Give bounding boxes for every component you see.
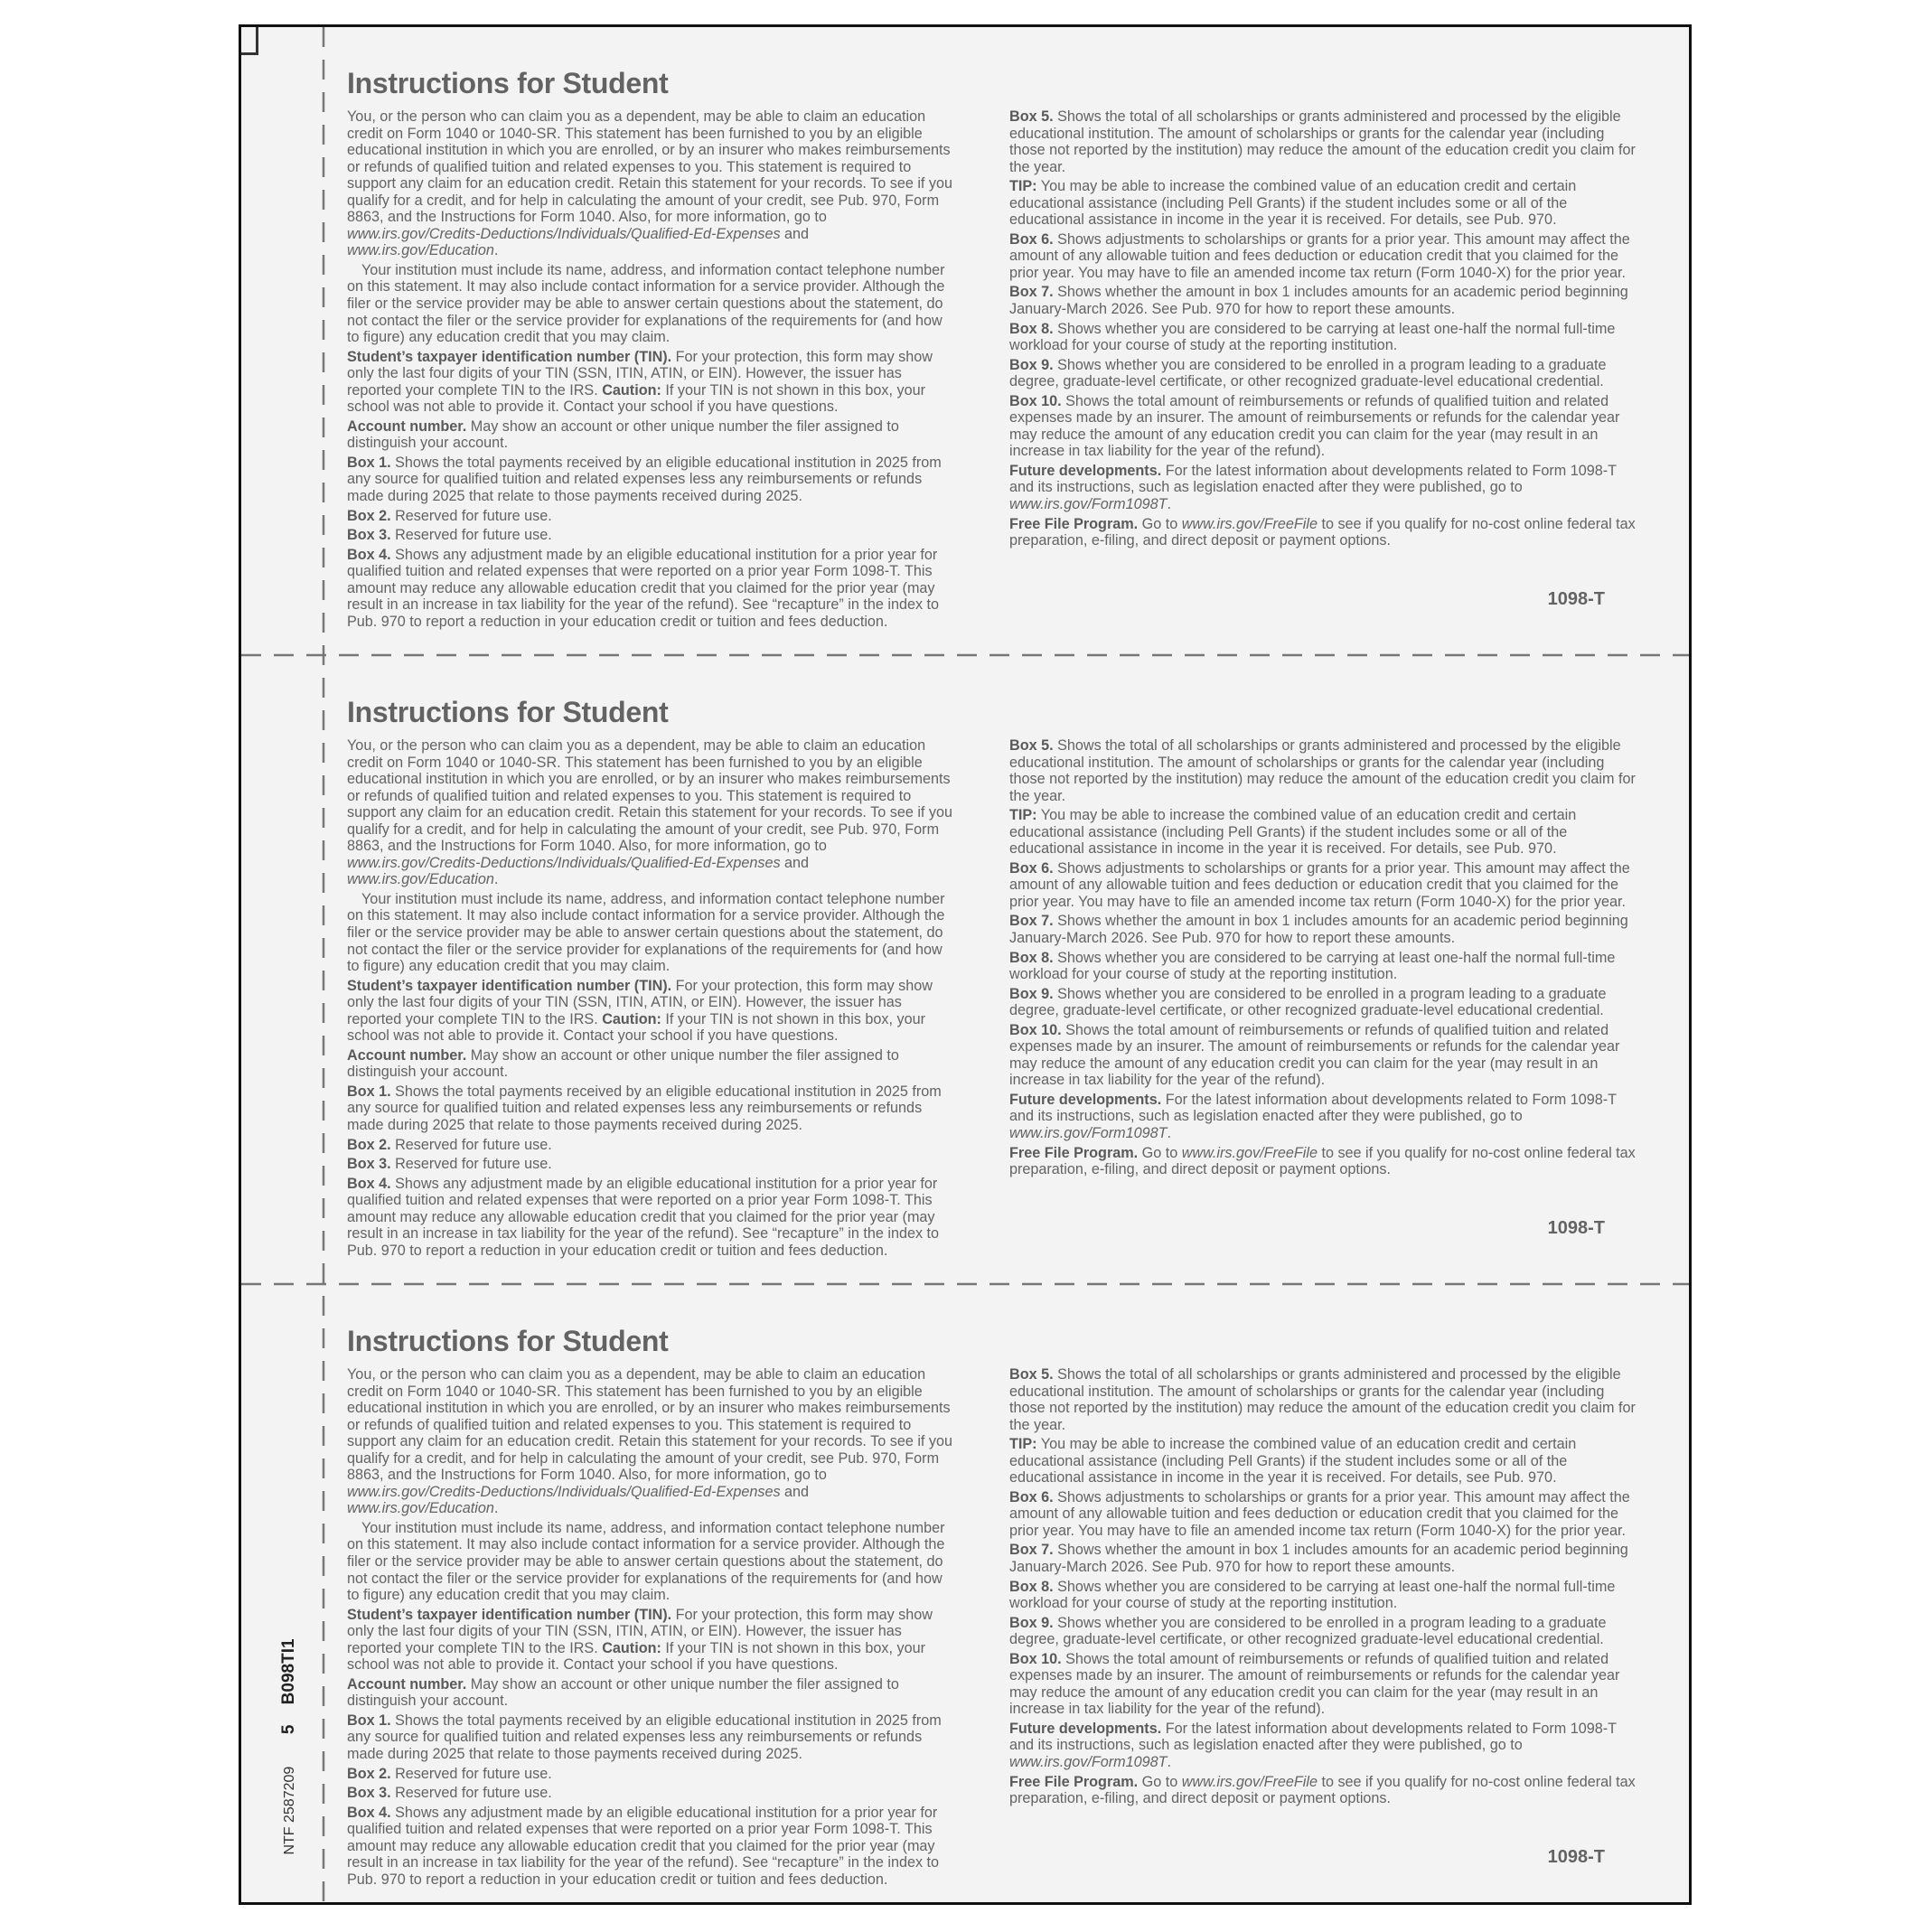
left-column: You, or the person who can claim you as … [347,737,957,1261]
panel-heading: Instructions for Student [347,696,668,729]
box10-paragraph: Box 10. Shows the total amount of reimbu… [1009,393,1642,460]
right-column: Box 5. Shows the total of all scholarshi… [1009,108,1642,552]
right-column: Box 5. Shows the total of all scholarshi… [1009,737,1642,1181]
institution-paragraph: Your institution must include its name, … [347,891,957,975]
intro-paragraph: You, or the person who can claim you as … [347,737,957,888]
instruction-panel-3: Instructions for Student You, or the per… [241,1285,1689,1912]
future-developments-paragraph: Future developments. For the latest info… [1009,1721,1642,1771]
form1098t-link[interactable]: www.irs.gov/Form1098T [1009,1754,1168,1770]
box4-paragraph: Box 4. Shows any adjustment made by an e… [347,547,957,631]
box9-paragraph: Box 9. Shows whether you are considered … [1009,357,1642,390]
tip-paragraph: TIP: You may be able to increase the com… [1009,807,1642,858]
free-file-paragraph: Free File Program. Go to www.irs.gov/Fre… [1009,1145,1642,1178]
tin-paragraph: Student’s taxpayer identification number… [347,1607,957,1674]
box1-paragraph: Box 1. Shows the total payments received… [347,1083,957,1134]
future-developments-paragraph: Future developments. For the latest info… [1009,1092,1642,1142]
panel-heading: Instructions for Student [347,67,668,100]
box2-paragraph: Box 2. Reserved for future use. [347,1766,957,1783]
box8-paragraph: Box 8. Shows whether you are considered … [1009,321,1642,354]
box3-paragraph: Box 3. Reserved for future use. [347,1785,957,1802]
right-column: Box 5. Shows the total of all scholarshi… [1009,1366,1642,1810]
box10-paragraph: Box 10. Shows the total amount of reimbu… [1009,1022,1642,1089]
free-file-paragraph: Free File Program. Go to www.irs.gov/Fre… [1009,1774,1642,1807]
qualified-ed-expenses-link[interactable]: www.irs.gov/Credits-Deductions/Individua… [347,855,781,871]
box1-paragraph: Box 1. Shows the total payments received… [347,455,957,505]
box9-paragraph: Box 9. Shows whether you are considered … [1009,1615,1642,1648]
freefile-link[interactable]: www.irs.gov/FreeFile [1182,1145,1318,1161]
tip-paragraph: TIP: You may be able to increase the com… [1009,178,1642,229]
copy-number: 5 [279,1724,298,1734]
intro-paragraph: You, or the person who can claim you as … [347,108,957,259]
education-link[interactable]: www.irs.gov/Education [347,1500,494,1516]
box8-paragraph: Box 8. Shows whether you are considered … [1009,1579,1642,1612]
box7-paragraph: Box 7. Shows whether the amount in box 1… [1009,1542,1642,1575]
form-sheet: Instructions for Student You, or the per… [239,24,1692,1905]
box9-paragraph: Box 9. Shows whether you are considered … [1009,986,1642,1019]
box7-paragraph: Box 7. Shows whether the amount in box 1… [1009,913,1642,946]
freefile-link[interactable]: www.irs.gov/FreeFile [1182,516,1318,532]
ntf-code: NTF 2587209 [282,1766,297,1854]
box6-paragraph: Box 6. Shows adjustments to scholarships… [1009,1489,1642,1540]
box3-paragraph: Box 3. Reserved for future use. [347,527,957,544]
education-link[interactable]: www.irs.gov/Education [347,242,494,258]
box5-paragraph: Box 5. Shows the total of all scholarshi… [1009,737,1642,804]
education-link[interactable]: www.irs.gov/Education [347,871,494,887]
intro-paragraph: You, or the person who can claim you as … [347,1366,957,1517]
future-developments-paragraph: Future developments. For the latest info… [1009,463,1642,513]
tin-paragraph: Student’s taxpayer identification number… [347,349,957,416]
box4-paragraph: Box 4. Shows any adjustment made by an e… [347,1176,957,1260]
left-column: You, or the person who can claim you as … [347,1366,957,1890]
form-number: 1098-T [1548,1218,1605,1239]
institution-paragraph: Your institution must include its name, … [347,262,957,346]
box5-paragraph: Box 5. Shows the total of all scholarshi… [1009,1366,1642,1433]
form-code: B098TI1 [279,1638,298,1704]
free-file-paragraph: Free File Program. Go to www.irs.gov/Fre… [1009,516,1642,549]
form1098t-link[interactable]: www.irs.gov/Form1098T [1009,496,1168,512]
box2-paragraph: Box 2. Reserved for future use. [347,1137,957,1154]
institution-paragraph: Your institution must include its name, … [347,1520,957,1604]
box6-paragraph: Box 6. Shows adjustments to scholarships… [1009,231,1642,282]
account-paragraph: Account number. May show an account or o… [347,418,957,452]
tin-paragraph: Student’s taxpayer identification number… [347,978,957,1045]
box8-paragraph: Box 8. Shows whether you are considered … [1009,950,1642,983]
panel-heading: Instructions for Student [347,1325,668,1358]
account-paragraph: Account number. May show an account or o… [347,1047,957,1081]
qualified-ed-expenses-link[interactable]: www.irs.gov/Credits-Deductions/Individua… [347,1484,781,1500]
freefile-link[interactable]: www.irs.gov/FreeFile [1182,1774,1318,1790]
box2-paragraph: Box 2. Reserved for future use. [347,508,957,525]
qualified-ed-expenses-link[interactable]: www.irs.gov/Credits-Deductions/Individua… [347,226,781,242]
box6-paragraph: Box 6. Shows adjustments to scholarships… [1009,860,1642,911]
box4-paragraph: Box 4. Shows any adjustment made by an e… [347,1805,957,1889]
box5-paragraph: Box 5. Shows the total of all scholarshi… [1009,108,1642,175]
instruction-panel-2: Instructions for Student You, or the per… [241,656,1689,1283]
box10-paragraph: Box 10. Shows the total amount of reimbu… [1009,1651,1642,1718]
box3-paragraph: Box 3. Reserved for future use. [347,1156,957,1173]
form-side-code: NTF 2587209 5 B098TI1 [276,1618,303,1875]
box7-paragraph: Box 7. Shows whether the amount in box 1… [1009,284,1642,317]
tip-paragraph: TIP: You may be able to increase the com… [1009,1436,1642,1487]
form-number: 1098-T [1548,1847,1605,1868]
left-column: You, or the person who can claim you as … [347,108,957,633]
form1098t-link[interactable]: www.irs.gov/Form1098T [1009,1125,1168,1141]
box1-paragraph: Box 1. Shows the total payments received… [347,1712,957,1763]
form-number: 1098-T [1548,589,1605,610]
account-paragraph: Account number. May show an account or o… [347,1676,957,1710]
instruction-panel-1: Instructions for Student You, or the per… [241,27,1689,654]
